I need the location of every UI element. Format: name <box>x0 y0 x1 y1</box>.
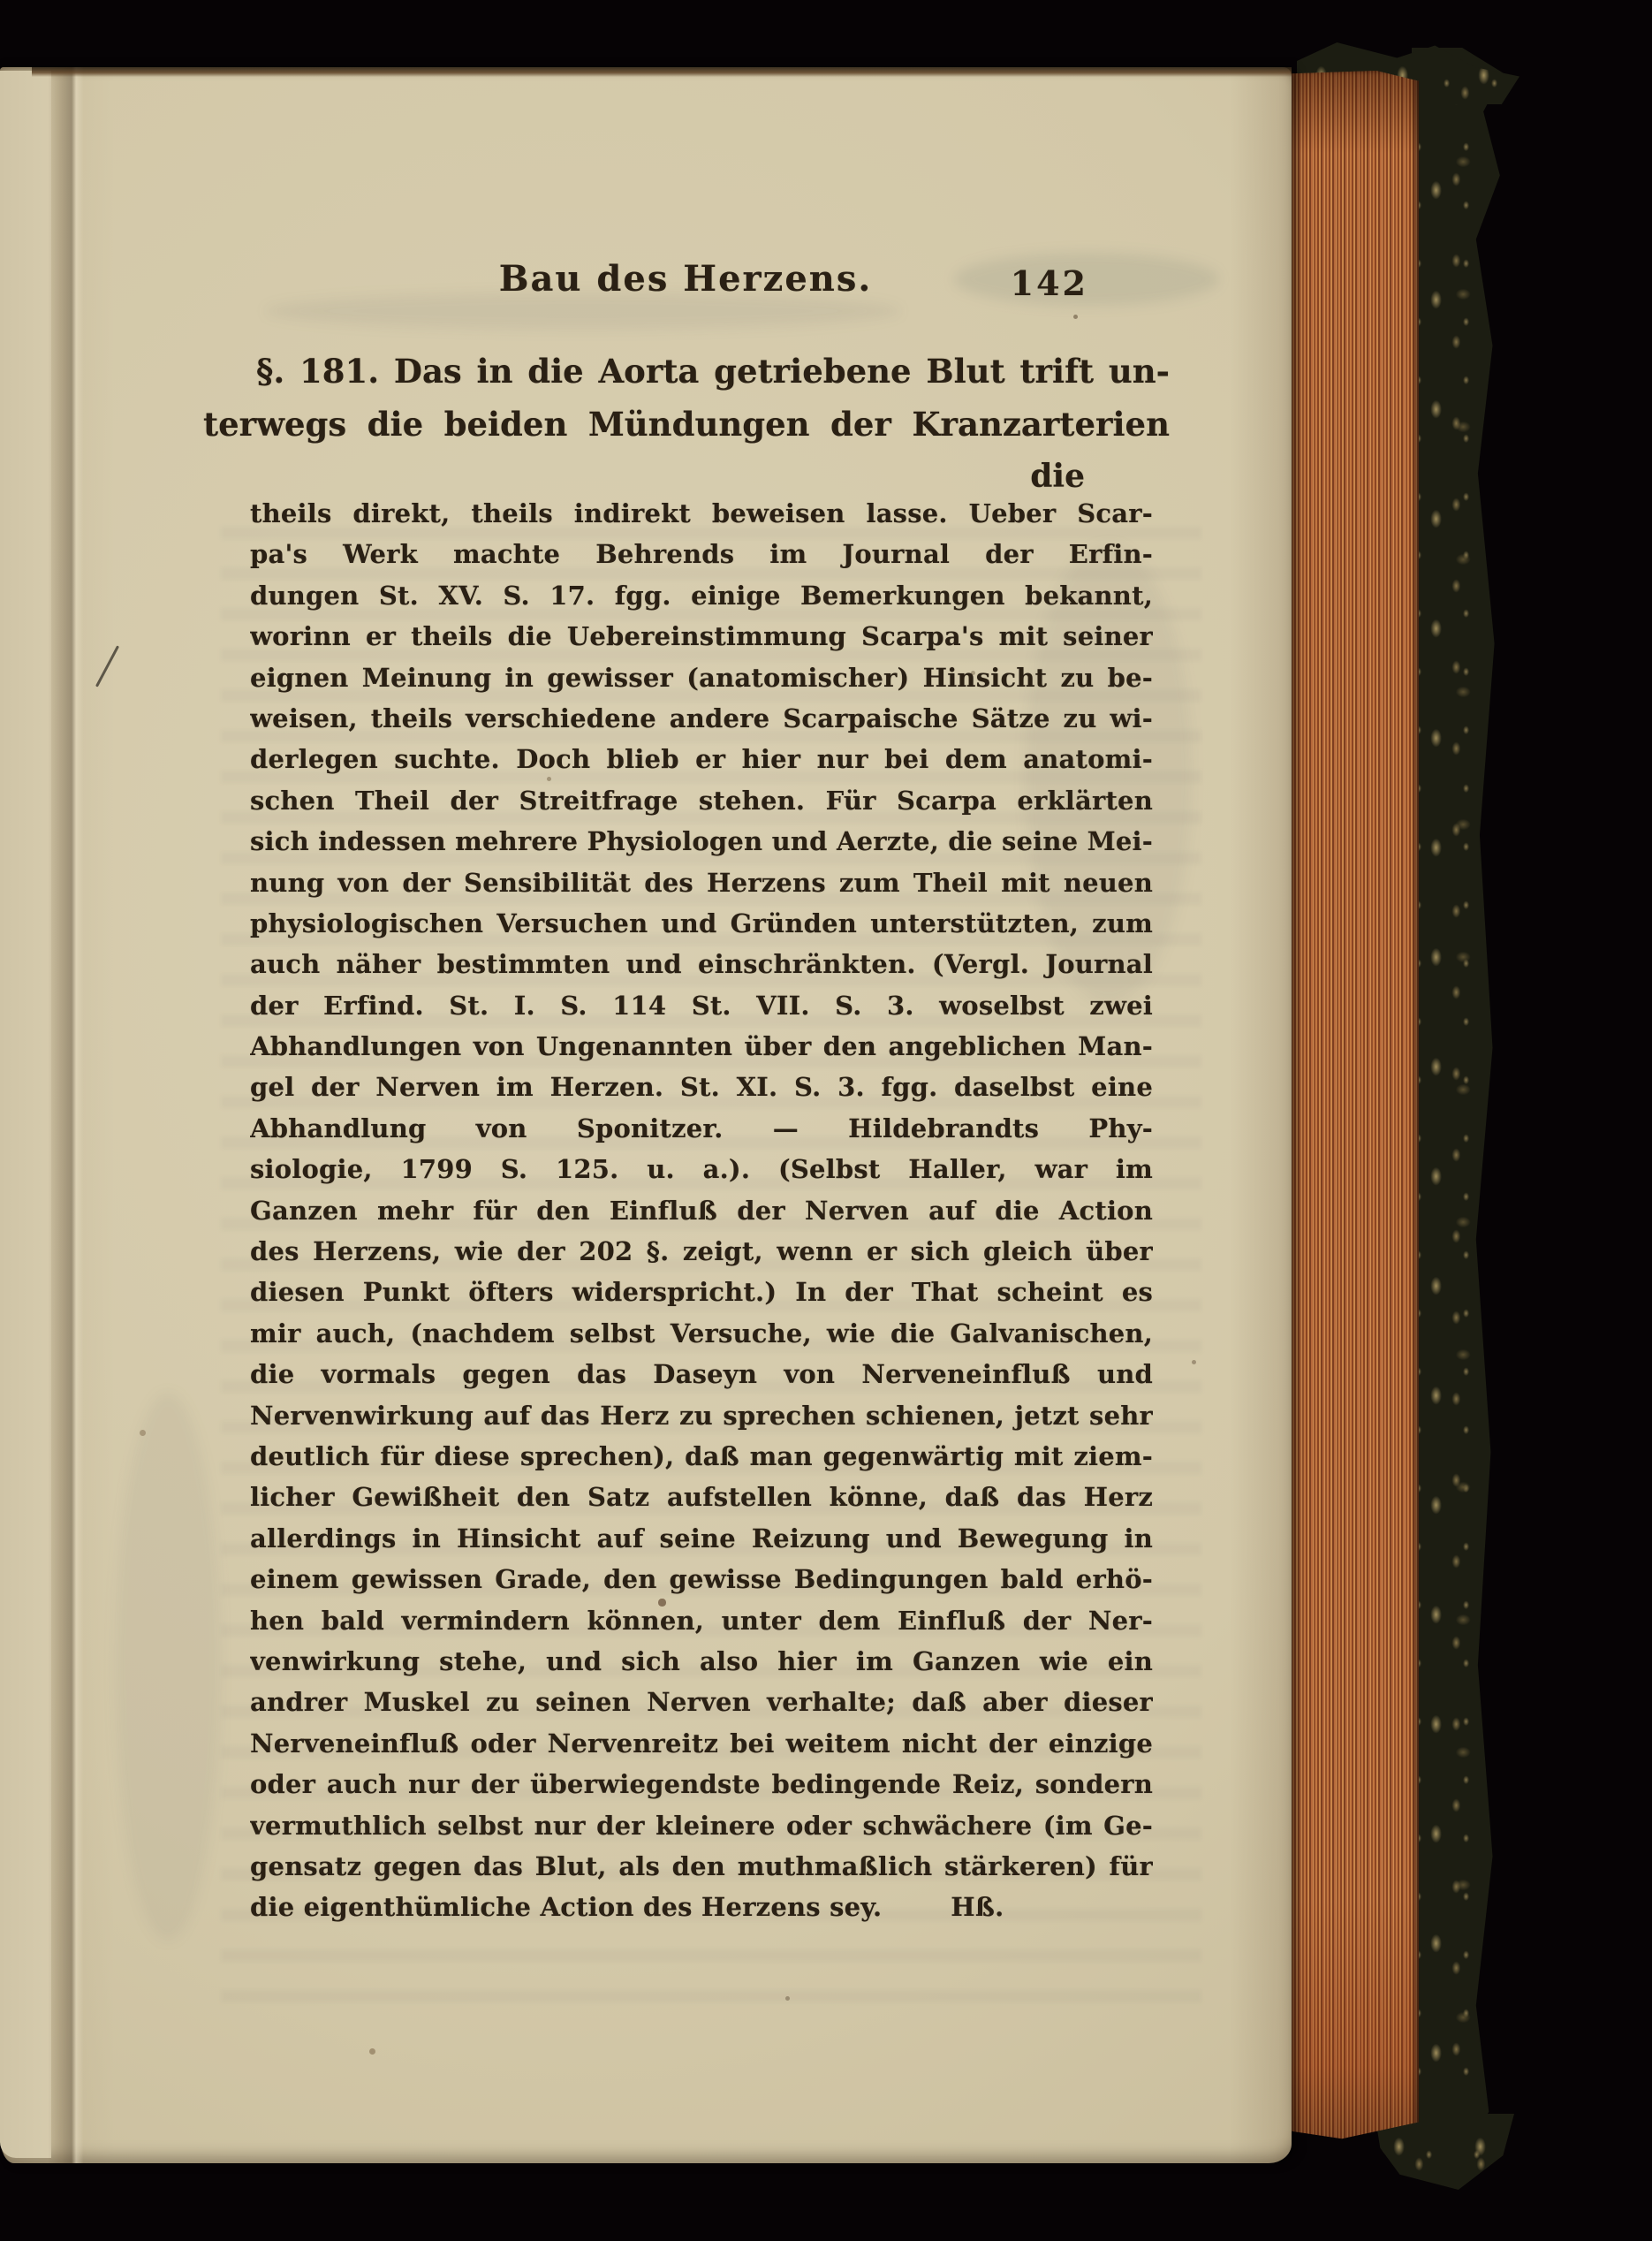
annotation-line: Nervenwirkung auf das Herz zu sprechen s… <box>250 1395 1153 1436</box>
book-fore-edge-pages <box>1286 71 1419 2149</box>
facing-page-sliver <box>0 71 51 2158</box>
annotation-line: des Herzens, wie der 202 §. zeigt, wenn … <box>250 1231 1153 1272</box>
annotation-line: theils direkt, theils indirekt beweisen … <box>250 493 1153 534</box>
annotation-line: derlegen suchte. Doch blieb er hier nur … <box>250 739 1153 779</box>
annotation-line: schen Theil der Streitfrage stehen. Für … <box>250 780 1153 821</box>
annotation-line: auch näher bestimmten und einschränkten.… <box>250 944 1153 984</box>
page-top-edge <box>32 67 1292 77</box>
annotation-line: oder auch nur der überwiegendste bedinge… <box>250 1764 1153 1804</box>
paper-specks <box>0 67 3 70</box>
annotation-line: physiologischen Versuchen und Gründen un… <box>250 903 1153 944</box>
page-gutter-crease <box>48 67 94 2163</box>
page-header: Bau des Herzens. 142 <box>203 258 1168 306</box>
annotation-line: eignen Meinung in gewisser (anatomischer… <box>250 657 1153 698</box>
annotation-line: pa's Werk machte Behrends im Journal der… <box>250 534 1153 574</box>
annotation-line: Nerveneinfluß oder Nervenreitz bei weite… <box>250 1723 1153 1764</box>
annotation-closing-line: die eigenthümliche Action des Herzens se… <box>250 1887 1153 1927</box>
annotation-line: Abhandlung von Sponitzer. — Hildebrandts… <box>250 1108 1153 1149</box>
annotation-line: worinn er theils die Uebereinstimmung Sc… <box>250 616 1153 657</box>
main-paragraph: §. 181. Das in die Aorta getriebene Blut… <box>203 345 1170 451</box>
verso-show-through-blob <box>115 1393 221 1941</box>
annotation-line: gel der Nerven im Herzen. St. XI. S. 3. … <box>250 1067 1153 1107</box>
annotation-line: vermuthlich selbst nur der kleinere oder… <box>250 1805 1153 1846</box>
annotation-line: diesen Punkt öfters widerspricht.) In de… <box>250 1272 1153 1312</box>
annotation-line: nung von der Sensibilität des Herzens zu… <box>250 862 1153 903</box>
running-title: Bau des Herzens. <box>499 258 873 300</box>
page-number: 142 <box>1011 263 1088 303</box>
margin-slash-mark <box>95 645 119 687</box>
author-signature: Hß. <box>951 1887 1004 1927</box>
annotation-line: Abhandlungen von Ungenannten über den an… <box>250 1026 1153 1067</box>
annotation-line: venwirkung stehe, und sich also hier im … <box>250 1641 1153 1682</box>
annotation-line: allerdings in Hinsicht auf seine Reizung… <box>250 1518 1153 1559</box>
annotation-line: mir auch, (nachdem selbst Versuche, wie … <box>250 1313 1153 1354</box>
annotation-line: gensatz gegen das Blut, als den muthmaßl… <box>250 1846 1153 1887</box>
annotation-line: licher Gewißheit den Satz aufstellen kön… <box>250 1477 1153 1517</box>
paragraph-line: §. 181. Das in die Aorta getriebene Blut… <box>203 345 1170 398</box>
annotation-line: die vormals gegen das Daseyn von Nervene… <box>250 1354 1153 1394</box>
paragraph-line: terwegs die beiden Mündungen der Kranzar… <box>203 398 1170 451</box>
annotation-line: Ganzen mehr für den Einfluß der Nerven a… <box>250 1190 1153 1231</box>
marbled-cover-edge <box>1412 48 1504 2176</box>
book-page: Bau des Herzens. 142 §. 181. Das in die … <box>0 67 1292 2163</box>
annotation-block: theils direkt, theils indirekt beweisen … <box>250 493 1153 1928</box>
book-scan-background: Bau des Herzens. 142 §. 181. Das in die … <box>0 0 1652 2241</box>
annotation-line: andrer Muskel zu seinen Nerven verhalte;… <box>250 1682 1153 1722</box>
annotation-line: dungen St. XV. S. 17. fgg. einige Bemerk… <box>250 575 1153 616</box>
annotation-closing-text: die eigenthümliche Action des Herzens se… <box>250 1887 882 1927</box>
annotation-line: der Erfind. St. I. S. 114 St. VII. S. 3.… <box>250 985 1153 1026</box>
annotation-line: hen bald vermindern können, unter dem Ei… <box>250 1600 1153 1641</box>
annotation-line: weisen, theils verschiedene andere Scarp… <box>250 698 1153 739</box>
annotation-line: einem gewissen Grade, den gewisse Beding… <box>250 1559 1153 1599</box>
annotation-line: sich indessen mehrere Physiologen und Ae… <box>250 821 1153 862</box>
annotation-line: siologie, 1799 S. 125. u. a.). (Selbst H… <box>250 1149 1153 1189</box>
annotation-line: deutlich für diese sprechen), daß man ge… <box>250 1436 1153 1477</box>
